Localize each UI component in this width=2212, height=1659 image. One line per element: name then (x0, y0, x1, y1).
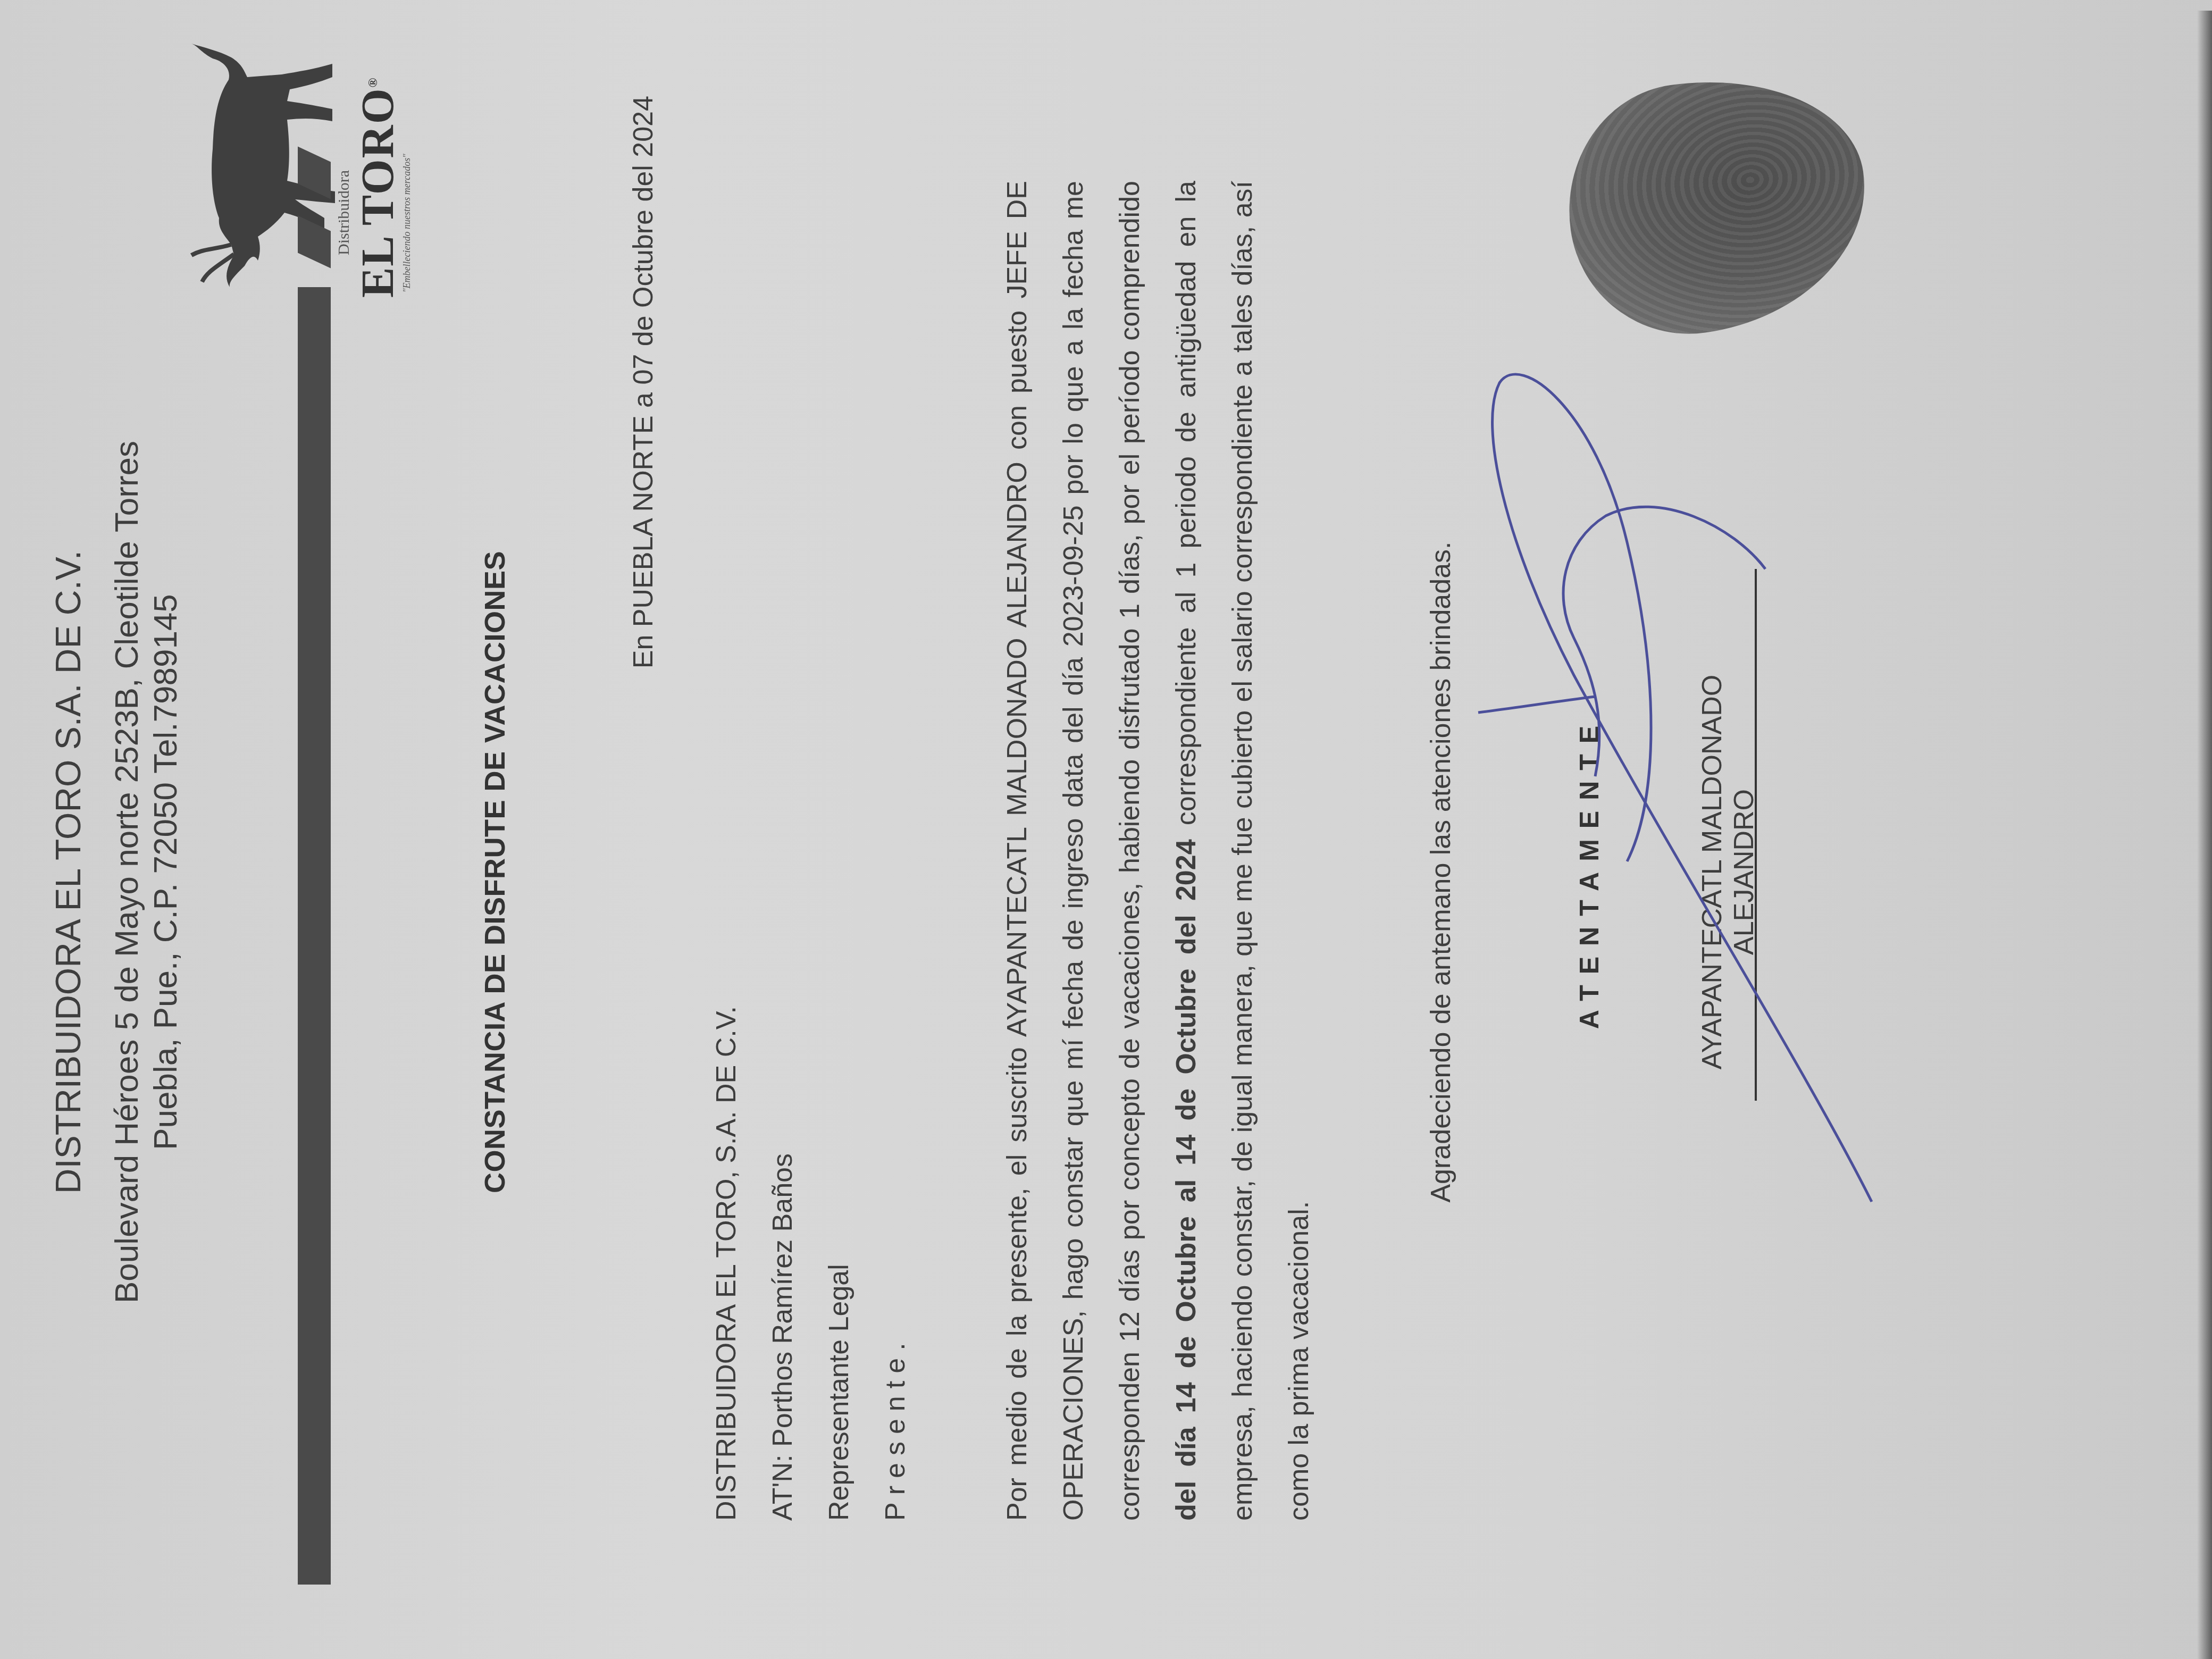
body-paragraph: Por medio de la presente, el suscrito AY… (989, 181, 1327, 1521)
recipient-company: DISTRIBUIDORA EL TORO, S.A. DE C.V. (713, 1006, 740, 1521)
recipient-block: DISTRIBUIDORA EL TORO, S.A. DE C.V. AT'N… (713, 1006, 938, 1521)
paper-edge-shadow (2197, 11, 2212, 1659)
company-header: DISTRIBUIDORA EL TORO S.A. DE C.V. Boule… (48, 85, 185, 1659)
company-logo: Distribuidora EL TORO® "Embelleciendo nu… (181, 37, 404, 367)
sign-off: ATENTAMENTE (1574, 85, 1605, 1659)
signature-line (1755, 569, 1757, 1101)
recipient-attention: AT'N: Porthos Ramírez Baños (769, 1006, 797, 1521)
recipient-greeting: Presente. (882, 1006, 909, 1521)
recipient-role: Representante Legal (825, 1006, 853, 1521)
logo-tagline: "Embelleciendo nuestros mercados" (401, 154, 413, 292)
logo-name: EL TORO® (351, 77, 404, 298)
address-line-2: Puebla, Pue., C.P. 72050 Tel.7989145 (146, 85, 185, 1659)
document-title: CONSTANCIA DE DISFRUTE DE VACACIONES (479, 85, 512, 1659)
letter-page: DISTRIBUIDORA EL TORO S.A. DE C.V. Boule… (0, 0, 2212, 1659)
signature-icon (1436, 330, 1914, 1234)
logo-subtitle: Distribuidora (335, 170, 353, 255)
header-bar (298, 287, 331, 1585)
company-address: Boulevard Héroes 5 de Mayo norte 2523B, … (107, 85, 185, 1659)
thanks-line: Agradeciendo de antemano las atenciones … (1425, 85, 1457, 1659)
company-name: DISTRIBUIDORA EL TORO S.A. DE C.V. (48, 85, 88, 1659)
highlighted-dates: del día 14 de Octubre al 14 de Octubre d… (1171, 839, 1202, 1521)
address-line-1: Boulevard Héroes 5 de Mayo norte 2523B, … (107, 85, 146, 1659)
place-date: En PUEBLA NORTE a 07 de Octubre del 2024 (627, 96, 659, 668)
